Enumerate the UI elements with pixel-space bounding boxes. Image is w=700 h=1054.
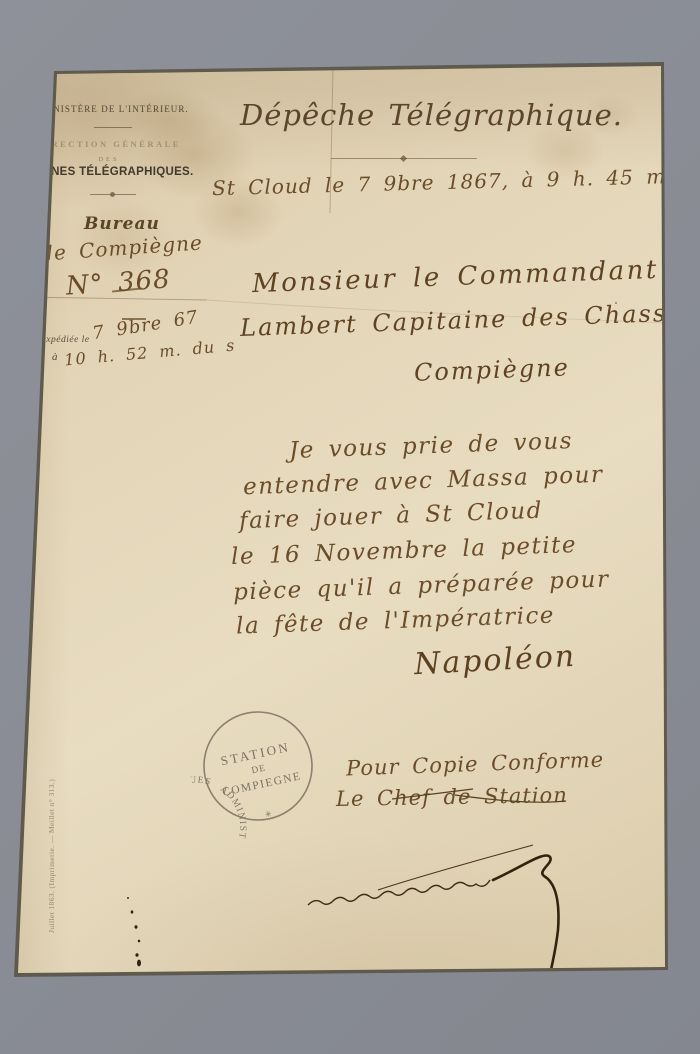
signature-scrawl (308, 880, 490, 905)
printer-imprint-vertical: Juillet 1863. (Imprimerie. — Meillet n° … (47, 779, 56, 933)
expedition-time-label: à (52, 351, 58, 363)
recipient-city: Compiègne (414, 353, 571, 386)
ink-speck (127, 897, 129, 899)
expedition-date-handwritten: 7 9bre 67 (91, 307, 200, 344)
stamp-ring-text: ADMINISTRATION DES LIGNES TÉLÉGRAPHIQUES (177, 766, 257, 847)
bureau-value-handwritten: de Compiègne (39, 230, 203, 265)
ink-speck (135, 925, 138, 928)
ink-speck (138, 940, 140, 943)
copy-certification-line: Pour Copie Conforme (346, 748, 605, 781)
recipient-line: Monsieur le Commandant (252, 255, 660, 299)
stamp-center-de: DE (251, 763, 267, 776)
ink-speck (131, 910, 134, 913)
message-line: faire jouer à St Cloud (239, 498, 544, 535)
message-line: le 16 Novembre la petite (231, 532, 578, 570)
signature-flourish (378, 845, 533, 890)
ink-speck (137, 960, 141, 967)
document-title: Dépêche Télégraphique. (240, 98, 574, 132)
letterhead-divider (94, 127, 132, 128)
message-line: pièce qu'il a préparée pour (233, 566, 610, 605)
bureau-label: Bureau (84, 214, 160, 234)
station-chief-line: Le Chef de Station (336, 783, 568, 811)
letterhead-ministry: MINISTÈRE DE L'INTÉRIEUR. (40, 104, 182, 114)
signature-descender (493, 855, 558, 970)
dateline-handwritten: St Cloud le 7 9bre 1867, à 9 h. 45 me du… (212, 162, 700, 200)
expedition-label: Expédiée le (40, 335, 90, 345)
stamp-center-compiegne: COMPIEGNE (221, 770, 302, 798)
message-line: Je vous prie de vous (289, 428, 574, 464)
document-paper: MINISTÈRE DE L'INTÉRIEUR. DIRECTION GÉNÉ… (0, 0, 700, 1054)
stamp-star-icon: ✳ (264, 809, 273, 819)
station-stamp: ADMINISTRATION DES LIGNES TÉLÉGRAPHIQUES… (177, 685, 338, 846)
stamp-center-station: STATION (219, 739, 291, 768)
message-line: entendre avec Massa pour (243, 462, 604, 501)
letterhead-des: DES (34, 156, 184, 163)
letterhead-ornament-divider (90, 194, 136, 195)
title-ornament-rule (331, 158, 477, 159)
letterhead-direction-generale: DIRECTION GÉNÉRALE (34, 139, 184, 149)
ink-speck (135, 953, 138, 957)
message-line: la fête de l'Impératrice (236, 602, 556, 639)
napoleon-signature: Napoléon (413, 639, 577, 682)
letterhead-lignes-telegraphiques: LIGNES TÉLÉGRAPHIQUES. (31, 166, 187, 178)
recipient-line: Lambert Capitaine des Chasses (240, 298, 698, 342)
dispatch-number-handwritten: N° 368 (65, 264, 171, 301)
